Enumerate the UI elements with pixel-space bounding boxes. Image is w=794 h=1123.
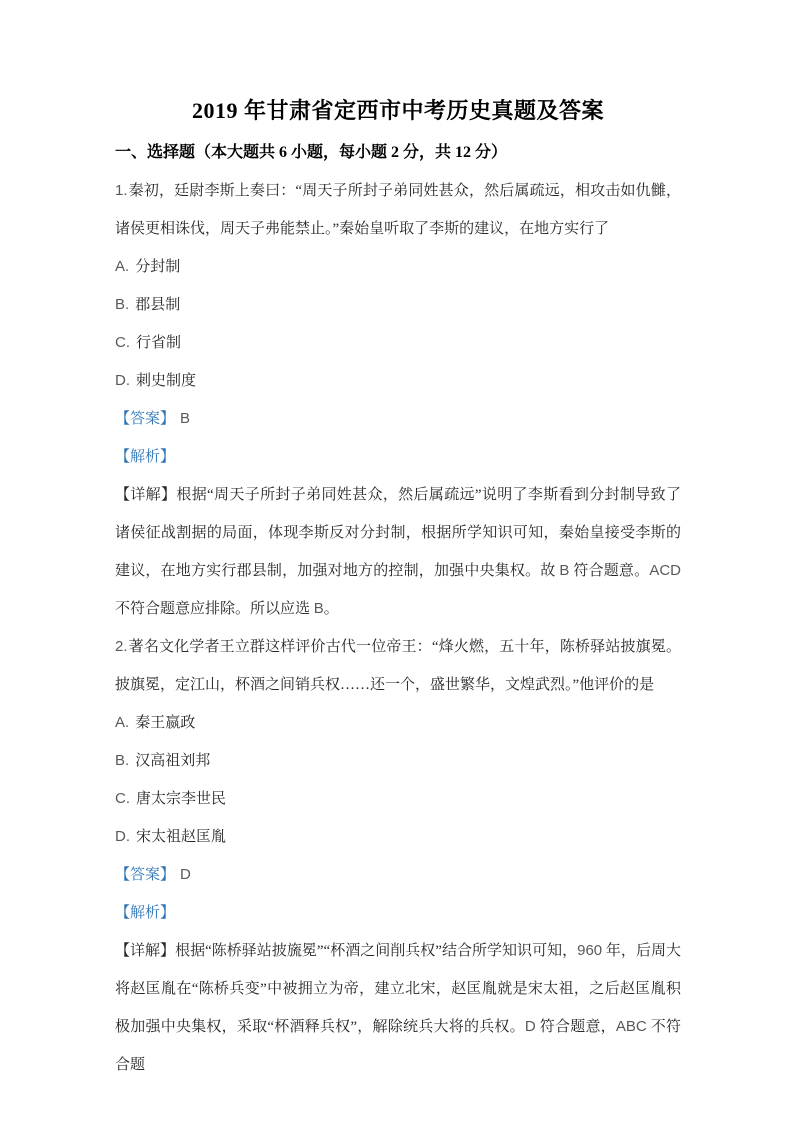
- option-text: 郡县制: [135, 297, 180, 313]
- detail-text: 根据“陈桥驿站披旒冕”“杯酒之间削兵权”结合所学知识可知，960 年，后周大将赵…: [115, 943, 681, 1073]
- question-stem: 1.秦初，廷尉李斯上奏曰：“周天子所封子弟同姓甚众，然后属疏远，相攻击如仇雠，诸…: [115, 172, 681, 248]
- question-text: 著名文化学者王立群这样评价古代一位帝王：“烽火燃，五十年，陈桥驿站披旗冕。披旗冕…: [115, 639, 681, 693]
- analysis-label: 【解析】: [115, 905, 175, 921]
- analysis-line: 【解析】: [115, 438, 681, 476]
- option-text: 宋太祖赵匡胤: [136, 829, 226, 845]
- option-row: A.分封制: [115, 248, 681, 286]
- detail-label: 【详解】: [115, 943, 175, 959]
- answer-label: 【答案】: [115, 867, 175, 883]
- question-number: 2.: [115, 638, 128, 655]
- option-row: B.郡县制: [115, 286, 681, 324]
- answer-line: 【答案】B: [115, 400, 681, 438]
- page-title: 2019 年甘肃省定西市中考历史真题及答案: [115, 94, 681, 128]
- option-row: B.汉高祖刘邦: [115, 742, 681, 780]
- option-text: 行省制: [136, 335, 181, 351]
- document-content: 2019 年甘肃省定西市中考历史真题及答案 一、选择题（本大题共 6 小题，每小…: [115, 94, 681, 1084]
- detail-paragraph: 【详解】根据“周天子所封子弟同姓甚众，然后属疏远”说明了李斯看到分封制导致了诸侯…: [115, 476, 681, 628]
- detail-text: 根据“周天子所封子弟同姓甚众，然后属疏远”说明了李斯看到分封制导致了诸侯征战割据…: [115, 487, 681, 617]
- option-row: D.宋太祖赵匡胤: [115, 818, 681, 856]
- option-text: 分封制: [135, 259, 180, 275]
- question-number: 1.: [115, 182, 128, 199]
- question-stem: 2.著名文化学者王立群这样评价古代一位帝王：“烽火燃，五十年，陈桥驿站披旗冕。披…: [115, 628, 681, 704]
- question-text: 秦初，廷尉李斯上奏曰：“周天子所封子弟同姓甚众，然后属疏远，相攻击如仇雠，诸侯更…: [115, 183, 681, 237]
- option-letter: A.: [115, 714, 129, 731]
- option-letter: C.: [115, 790, 130, 807]
- option-row: C.行省制: [115, 324, 681, 362]
- answer-line: 【答案】D: [115, 856, 681, 894]
- option-row: D.刺史制度: [115, 362, 681, 400]
- analysis-label: 【解析】: [115, 449, 175, 465]
- analysis-line: 【解析】: [115, 894, 681, 932]
- question-block: 2.著名文化学者王立群这样评价古代一位帝王：“烽火燃，五十年，陈桥驿站披旗冕。披…: [115, 628, 681, 1084]
- option-row: A.秦王嬴政: [115, 704, 681, 742]
- option-letter: B.: [115, 752, 129, 769]
- option-text: 汉高祖刘邦: [135, 753, 210, 769]
- option-letter: B.: [115, 296, 129, 313]
- question-block: 1.秦初，廷尉李斯上奏曰：“周天子所封子弟同姓甚众，然后属疏远，相攻击如仇雠，诸…: [115, 172, 681, 628]
- document-page: 2019 年甘肃省定西市中考历史真题及答案 一、选择题（本大题共 6 小题，每小…: [0, 0, 794, 1123]
- options-list: A.分封制 B.郡县制 C.行省制 D.刺史制度: [115, 248, 681, 400]
- detail-label: 【详解】: [115, 487, 176, 503]
- option-letter: D.: [115, 372, 130, 389]
- detail-paragraph: 【详解】根据“陈桥驿站披旒冕”“杯酒之间削兵权”结合所学知识可知，960 年，后…: [115, 932, 681, 1084]
- answer-value: B: [180, 410, 190, 427]
- option-letter: D.: [115, 828, 130, 845]
- answer-value: D: [180, 866, 191, 883]
- options-list: A.秦王嬴政 B.汉高祖刘邦 C.唐太宗李世民 D.宋太祖赵匡胤: [115, 704, 681, 856]
- option-row: C.唐太宗李世民: [115, 780, 681, 818]
- option-letter: C.: [115, 334, 130, 351]
- option-text: 秦王嬴政: [135, 715, 195, 731]
- option-text: 刺史制度: [136, 373, 196, 389]
- option-letter: A.: [115, 258, 129, 275]
- section-heading: 一、选择题（本大题共 6 小题，每小题 2 分，共 12 分）: [115, 138, 681, 168]
- answer-label: 【答案】: [115, 411, 175, 427]
- questions-container: 1.秦初，廷尉李斯上奏曰：“周天子所封子弟同姓甚众，然后属疏远，相攻击如仇雠，诸…: [115, 172, 681, 1084]
- option-text: 唐太宗李世民: [136, 791, 226, 807]
